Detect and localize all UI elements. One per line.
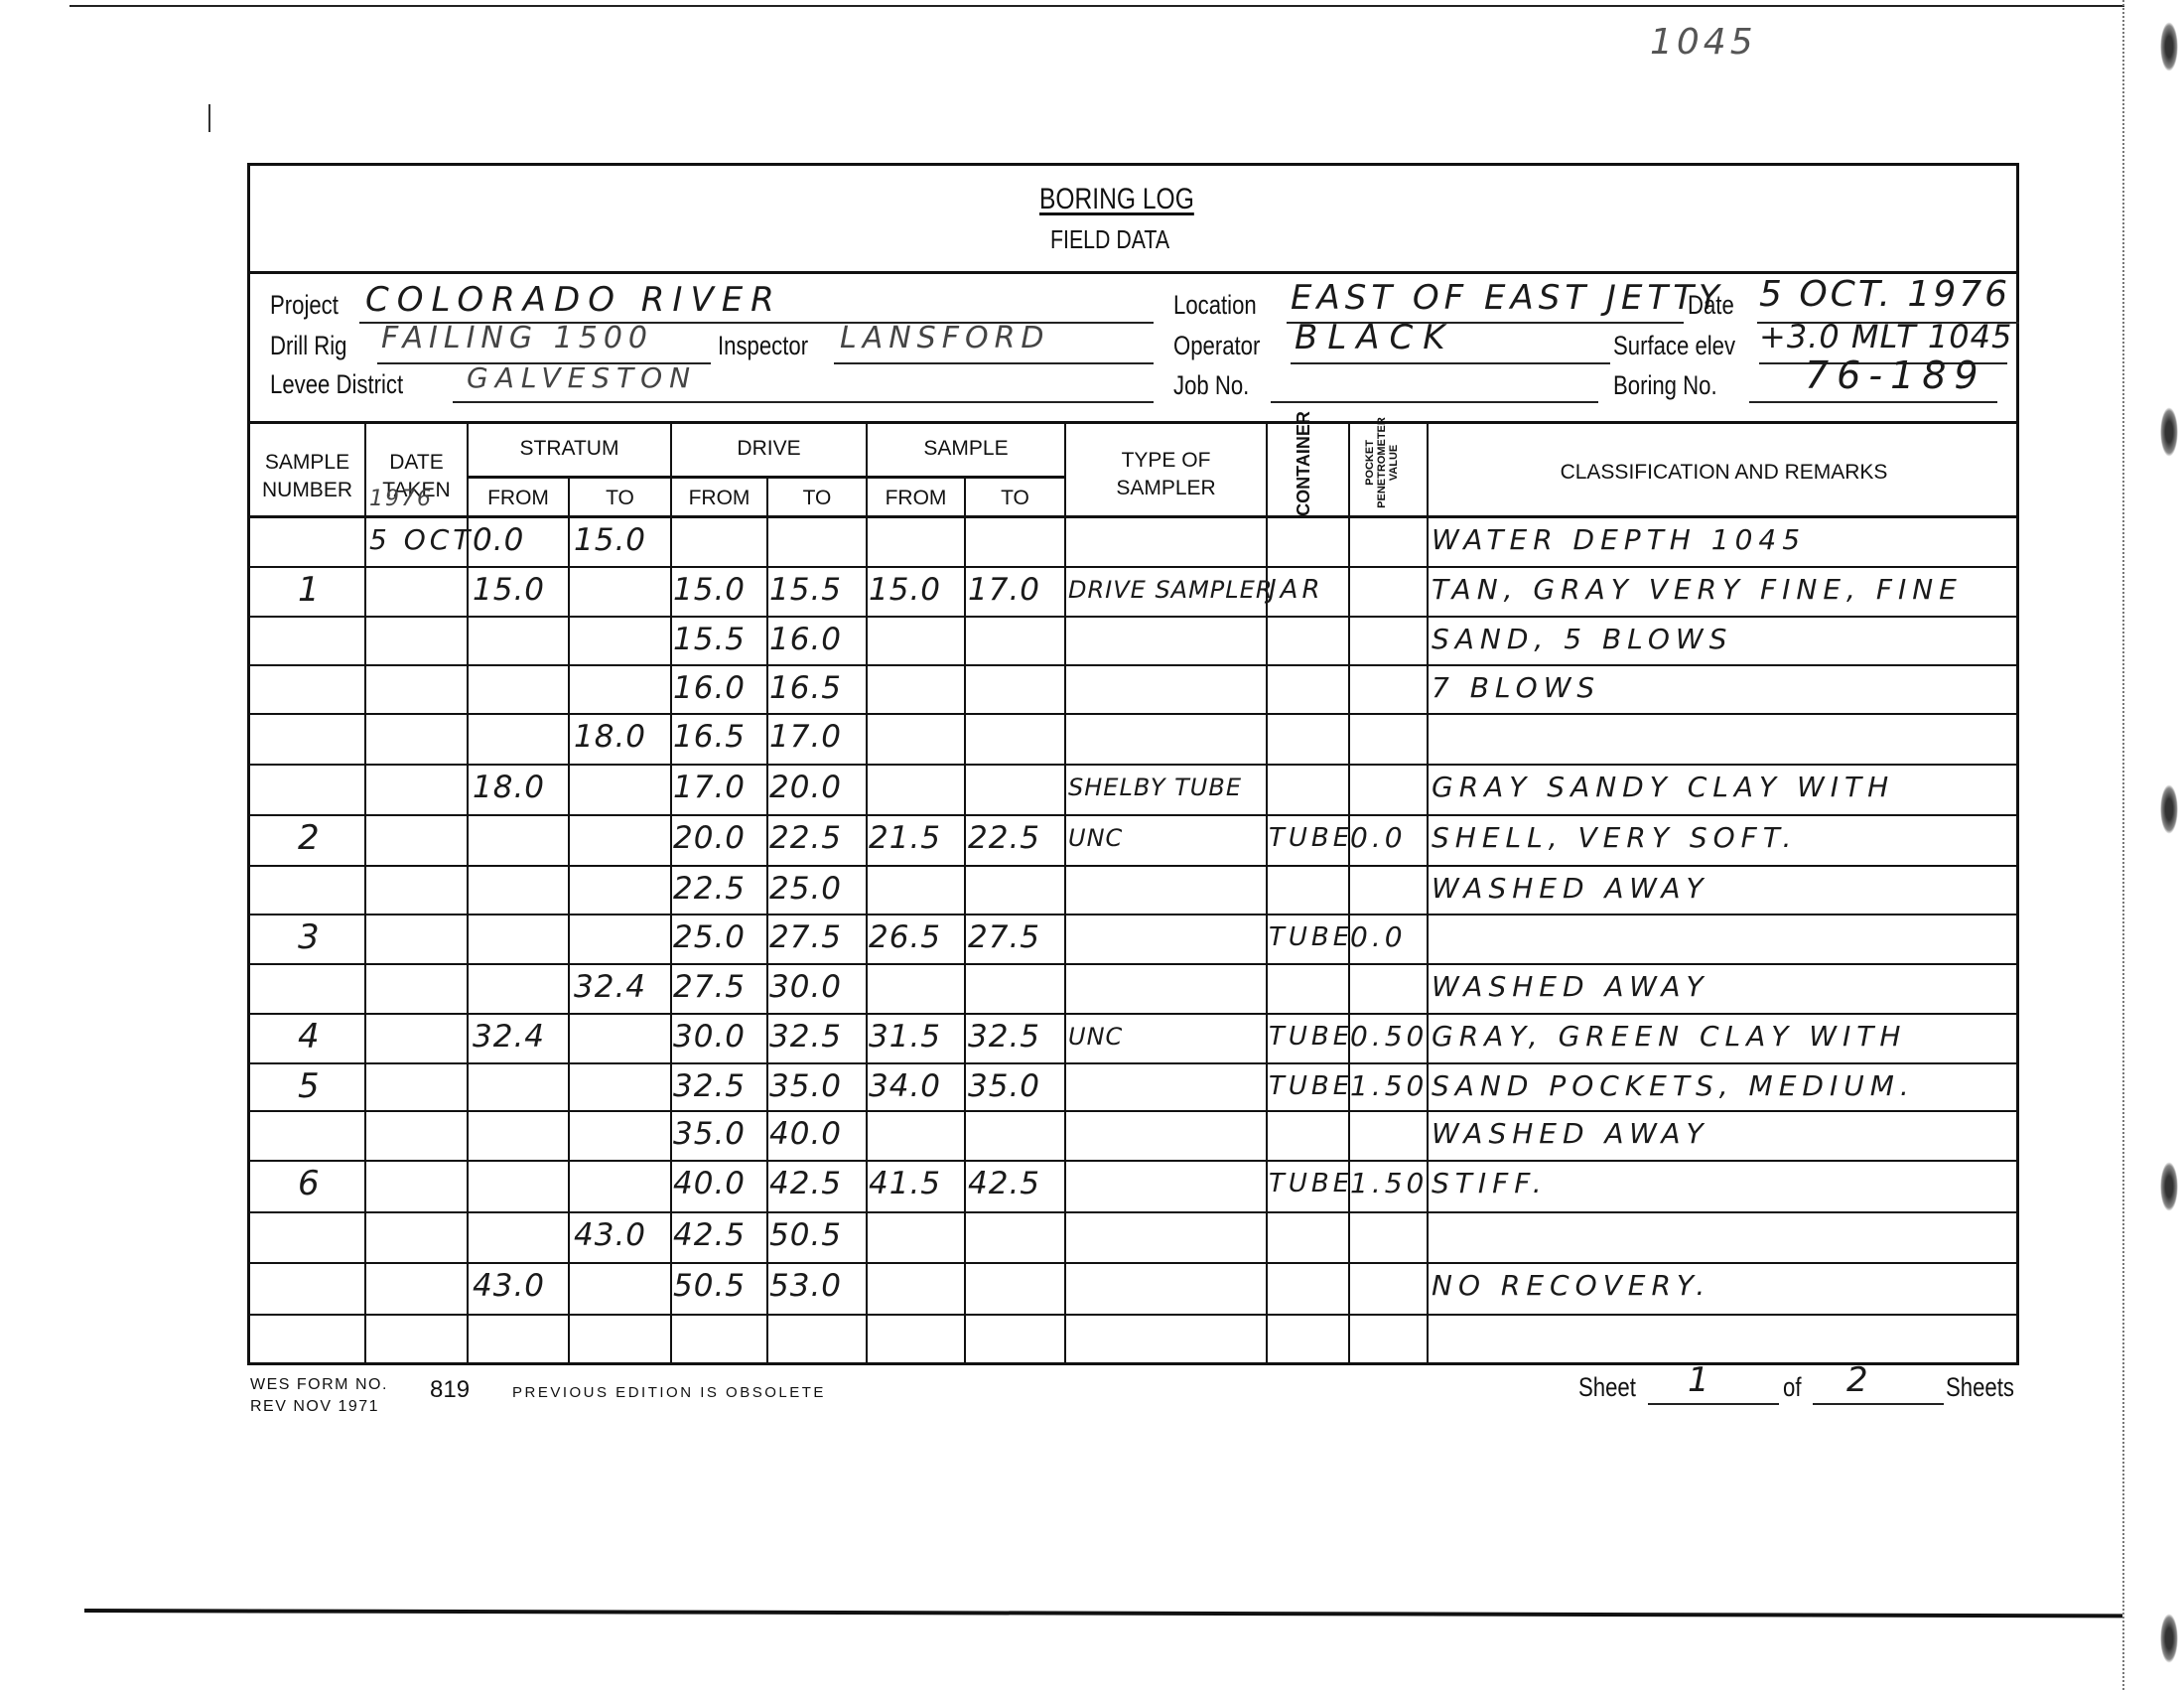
row-divider: [247, 1110, 2019, 1112]
title-divider: [247, 271, 2019, 274]
header-sample-number: SAMPLE NUMBER: [250, 449, 364, 504]
cell-sample-number: 4: [298, 1008, 324, 1057]
cell-drive-from: 40.0: [673, 1155, 746, 1204]
cell-stratum-to: 43.0: [574, 1206, 646, 1256]
cell-drive-to: 30.0: [769, 958, 842, 1008]
cell-sample-from: 31.5: [869, 1008, 941, 1057]
header-text: TYPE OF: [1066, 447, 1266, 475]
cell-drive-to: 15.5: [769, 561, 842, 611]
cell-container: TUBE: [1269, 1155, 1353, 1204]
date-taken-year: 1976: [369, 487, 433, 511]
cell-pocket-penetrometer: 0.50: [1350, 1008, 1428, 1057]
col-divider: [364, 422, 366, 1365]
header-drive-to: TO: [768, 485, 866, 512]
cell-pocket-penetrometer: 0.0: [1350, 909, 1407, 958]
corner-page-number: 1045: [1650, 22, 1757, 63]
cell-drive-from: 16.5: [673, 708, 746, 758]
header-text: DATE: [366, 449, 467, 477]
col-divider: [568, 477, 570, 1365]
page-top-rule: [69, 5, 2124, 7]
cell-remarks: STIFF.: [1432, 1155, 1548, 1204]
operator-label: Operator: [1173, 331, 1260, 361]
header-text: SAMPLE: [250, 449, 364, 477]
location-value: EAST OF EAST JETTY: [1291, 278, 1724, 318]
header-text: SAMPLER: [1066, 475, 1266, 502]
job-no-label: Job No.: [1173, 370, 1249, 401]
header-type-of-sampler: TYPE OF SAMPLER: [1066, 447, 1266, 502]
cell-stratum-from: 0.0: [473, 511, 524, 561]
cell-sample-number: 5: [298, 1057, 324, 1107]
col-divider: [670, 422, 672, 1365]
cell-remarks: GRAY SANDY CLAY WITH: [1432, 759, 1894, 808]
cell-remarks: GRAY, GREEN CLAY WITH: [1432, 1008, 1906, 1057]
cell-drive-to: 53.0: [769, 1257, 842, 1307]
cell-remarks: SAND POCKETS, MEDIUM.: [1432, 1057, 1915, 1107]
row-divider: [247, 1160, 2019, 1162]
cell-type-of-sampler: DRIVE SAMPLER: [1068, 561, 1274, 611]
cell-sample-from: 26.5: [869, 909, 941, 958]
cell-container: TUBE: [1269, 909, 1353, 958]
header-pocket-penetrometer: POCKET PENETROMETER VALUE: [1364, 407, 1400, 518]
surface-elev-value: +3.0 MLT 1045: [1759, 318, 2012, 355]
cell-drive-to: 16.5: [769, 659, 842, 709]
cell-pocket-penetrometer: 1.50: [1350, 1155, 1428, 1204]
cell-drive-to: 50.5: [769, 1206, 842, 1256]
header-drive-from: FROM: [672, 485, 766, 512]
revision-date: REV NOV 1971: [250, 1396, 388, 1418]
sheets-label: Sheets: [1946, 1372, 2014, 1403]
levee-district-label: Levee District: [270, 369, 403, 400]
cell-stratum-from: 32.4: [473, 1008, 545, 1057]
cell-stratum-to: 32.4: [574, 958, 646, 1008]
header-text: POCKET: [1364, 407, 1376, 518]
row-divider: [247, 1211, 2019, 1213]
cell-remarks: TAN, GRAY VERY FINE, FINE: [1432, 561, 1963, 611]
punch-hole-mark: [2160, 22, 2178, 71]
header-drive: DRIVE: [672, 435, 866, 463]
margin-mark: [208, 104, 210, 132]
row-divider: [247, 963, 2019, 965]
cell-remarks: NO RECOVERY.: [1432, 1257, 1710, 1307]
header-text: PENETROMETER: [1376, 407, 1388, 518]
cell-sample-number: 6: [298, 1155, 324, 1204]
form-title: BORING LOG: [1039, 183, 1194, 216]
cell-drive-from: 25.0: [673, 909, 746, 958]
boring-no-label: Boring No.: [1613, 370, 1717, 401]
col-divider: [1348, 422, 1350, 1365]
punch-hole-mark: [2160, 1614, 2178, 1663]
form-subtitle: FIELD DATA: [1050, 224, 1169, 255]
cell-remarks: WASHED AWAY: [1432, 860, 1709, 910]
cell-container: TUBE: [1269, 1057, 1353, 1107]
header-classification-remarks: CLASSIFICATION AND REMARKS: [1429, 459, 2019, 487]
cell-sample-to: 17.0: [968, 561, 1040, 611]
cell-drive-from: 30.0: [673, 1008, 746, 1057]
punch-hole-mark: [2160, 407, 2178, 457]
cell-drive-from: 50.5: [673, 1257, 746, 1307]
inspector-label: Inspector: [718, 331, 808, 361]
surface-elev-label: Surface elev: [1613, 331, 1735, 361]
cell-stratum-to: 18.0: [574, 708, 646, 758]
cell-drive-from: 16.0: [673, 659, 746, 709]
cell-drive-to: 16.0: [769, 611, 842, 660]
cell-sample-number: 2: [298, 809, 324, 859]
header-stratum: STRATUM: [469, 435, 670, 463]
cell-drive-to: 17.0: [769, 708, 842, 758]
cell-drive-from: 27.5: [673, 958, 746, 1008]
of-label: of: [1783, 1372, 1801, 1403]
header-text: NUMBER: [250, 477, 364, 504]
cell-drive-to: 42.5: [769, 1155, 842, 1204]
cell-sample-to: 32.5: [968, 1008, 1040, 1057]
location-label: Location: [1173, 290, 1257, 321]
cell-remarks: SHELL, VERY SOFT.: [1432, 809, 1797, 859]
row-divider: [247, 713, 2019, 715]
levee-district-value: GALVESTON: [467, 361, 697, 394]
punch-hole-mark: [2160, 784, 2178, 834]
date-value: 5 OCT. 1976: [1759, 274, 2010, 315]
cell-drive-from: 15.0: [673, 561, 746, 611]
header-stratum-to: TO: [570, 485, 670, 512]
col-divider: [766, 477, 768, 1365]
cell-sample-from: 34.0: [869, 1057, 941, 1107]
page-bottom-rule: [84, 1609, 2122, 1618]
sheet-current: 1: [1688, 1360, 1713, 1400]
row-divider: [247, 865, 2019, 867]
sheet-current-underline: [1648, 1403, 1779, 1405]
sheet-label: Sheet: [1578, 1372, 1636, 1403]
cell-drive-from: 17.0: [673, 759, 746, 808]
drill-rig-label: Drill Rig: [270, 331, 346, 361]
row-divider: [247, 914, 2019, 915]
form-no-label: WES FORM NO.: [250, 1374, 388, 1396]
cell-drive-from: 22.5: [673, 860, 746, 910]
col-divider: [866, 422, 868, 1365]
col-divider: [1427, 422, 1429, 1365]
cell-remarks: WASHED AWAY: [1432, 958, 1709, 1008]
col-divider: [467, 422, 469, 1365]
inspector-underline: [834, 362, 1154, 364]
cell-drive-to: 20.0: [769, 759, 842, 808]
sheet-total-underline: [1813, 1403, 1944, 1405]
col-divider: [1064, 422, 1066, 1365]
cell-drive-from: 32.5: [673, 1057, 746, 1107]
cell-stratum-from: 18.0: [473, 759, 545, 808]
cell-remarks: WATER DEPTH 1045: [1432, 511, 1806, 561]
cell-drive-to: 27.5: [769, 909, 842, 958]
form-number: 819: [430, 1376, 470, 1404]
cell-drive-to: 25.0: [769, 860, 842, 910]
job-no-underline: [1271, 401, 1598, 403]
header-stratum-from: FROM: [469, 485, 568, 512]
inspector-value: LANSFORD: [840, 321, 1050, 355]
cell-remarks: SAND, 5 BLOWS: [1432, 611, 1732, 660]
operator-underline: [1291, 362, 1610, 364]
page-edge: [2122, 0, 2124, 1690]
cell-sample-from: 21.5: [869, 809, 941, 859]
cell-stratum-from: 15.0: [473, 561, 545, 611]
header-sample: SAMPLE: [868, 435, 1064, 463]
boring-no-underline: [1749, 401, 1997, 403]
cell-remarks: WASHED AWAY: [1432, 1105, 1709, 1155]
cell-drive-from: 20.0: [673, 809, 746, 859]
header-sample-to: TO: [966, 485, 1064, 512]
cell-sample-to: 27.5: [968, 909, 1040, 958]
cell-pocket-penetrometer: 0.0: [1350, 809, 1407, 859]
project-value: COLORADO RIVER: [365, 280, 782, 320]
drill-rig-value: FAILING 1500: [381, 321, 653, 355]
levee-district-underline: [453, 401, 1154, 403]
header-sample-from: FROM: [868, 485, 964, 512]
cell-type-of-sampler: UNC: [1068, 809, 1123, 859]
row-divider: [247, 616, 2019, 618]
row-divider: [247, 1314, 2019, 1316]
sheet-total: 2: [1846, 1360, 1872, 1400]
punch-hole-mark: [2160, 1162, 2178, 1211]
cell-type-of-sampler: UNC: [1068, 1008, 1123, 1057]
boring-no-value: 76-189: [1805, 353, 1986, 397]
form-no-block: WES FORM NO. REV NOV 1971: [250, 1374, 388, 1418]
cell-sample-from: 15.0: [869, 561, 941, 611]
cell-remarks: 7 BLOWS: [1432, 659, 1600, 709]
cell-sample-to: 42.5: [968, 1155, 1040, 1204]
cell-sample-number: 3: [298, 909, 324, 958]
header-container: CONTAINER: [1297, 409, 1311, 518]
header-divider: [247, 421, 2019, 424]
obsolete-note: PREVIOUS EDITION IS OBSOLETE: [512, 1382, 826, 1404]
cell-sample-from: 41.5: [869, 1155, 941, 1204]
cell-stratum-to: 15.0: [574, 511, 646, 561]
date-label: Date: [1688, 290, 1734, 321]
cell-drive-from: 42.5: [673, 1206, 746, 1256]
cell-drive-to: 35.0: [769, 1057, 842, 1107]
cell-container: JAR: [1269, 561, 1324, 611]
cell-container: TUBE: [1269, 809, 1353, 859]
cell-drive-from: 15.5: [673, 611, 746, 660]
cell-drive-to: 40.0: [769, 1105, 842, 1155]
cell-pocket-penetrometer: 1.50: [1350, 1057, 1428, 1107]
cell-drive-to: 32.5: [769, 1008, 842, 1057]
operator-value: BLACK: [1295, 318, 1455, 357]
cell-sample-number: 1: [298, 561, 324, 611]
cell-sample-to: 22.5: [968, 809, 1040, 859]
cell-drive-from: 35.0: [673, 1105, 746, 1155]
cell-sample-to: 35.0: [968, 1057, 1040, 1107]
subheader-divider: [467, 476, 1065, 479]
cell-date-taken: 5 OCT: [369, 511, 474, 561]
col-divider: [964, 477, 966, 1365]
cell-container: TUBE: [1269, 1008, 1353, 1057]
cell-type-of-sampler: SHELBY TUBE: [1068, 759, 1242, 808]
header-text: VALUE: [1388, 407, 1400, 518]
cell-stratum-from: 43.0: [473, 1257, 545, 1307]
cell-drive-to: 22.5: [769, 809, 842, 859]
row-divider: [247, 664, 2019, 666]
project-label: Project: [270, 290, 339, 321]
